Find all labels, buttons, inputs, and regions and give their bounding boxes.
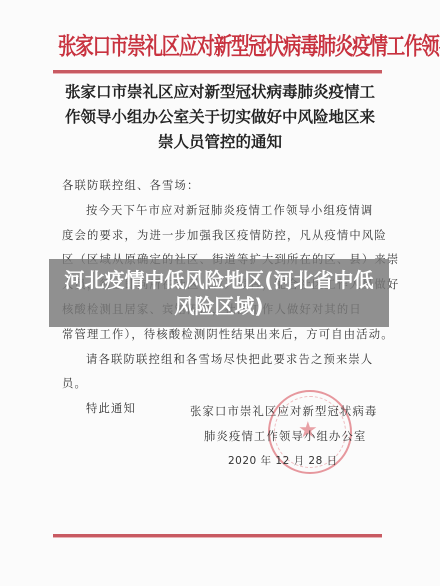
header-red-rule (53, 70, 382, 74)
signature-block: 张家口市崇礼区应对新型冠状病毒 肺炎疫情工作领导小组办公室 2020 年 12 … (190, 400, 390, 474)
request-line: 员。 (62, 372, 380, 397)
signature-date: 2020 年 12 月 28 日 (190, 449, 390, 474)
caption-overlay: 河北疫情中低风险地区(河北省中低风险区域) (49, 259, 389, 327)
document-page: 张家口市崇礼区应对新型冠状病毒肺炎疫情工作领导小组办公室 张家口市崇礼区应对新型… (0, 0, 440, 586)
title-line: 作领导小组办公室关于切实做好中风险地区来 (60, 105, 380, 130)
request-line: 请各联防联控组和各雪场尽快把此要求告之预来崇人 (62, 348, 380, 373)
body-line: 度会的要求，为进一步加强我区疫情防控，凡从疫情中风险 (62, 224, 380, 249)
footer-red-rule (53, 534, 382, 538)
title-line: 崇人员管控的通知 (60, 130, 380, 155)
issuing-office-header: 张家口市崇礼区应对新型冠状病毒肺炎疫情工作领导小组办公室 (58, 29, 384, 62)
title-line: 张家口市崇礼区应对新型冠状病毒肺炎疫情工 (60, 80, 380, 105)
notice-title: 张家口市崇礼区应对新型冠状病毒肺炎疫情工 作领导小组办公室关于切实做好中风险地区… (60, 80, 380, 155)
caption-title: 河北疫情中低风险地区(河北省中低风险区域) (59, 267, 379, 319)
signature-line: 肺炎疫情工作领导小组办公室 (190, 425, 390, 450)
signature-line: 张家口市崇礼区应对新型冠状病毒 (190, 400, 390, 425)
salutation: 各联防联控组、各雪场： (62, 174, 380, 199)
body-line: 按今天下午市应对新冠肺炎疫情工作领导小组疫情调 (62, 199, 380, 224)
